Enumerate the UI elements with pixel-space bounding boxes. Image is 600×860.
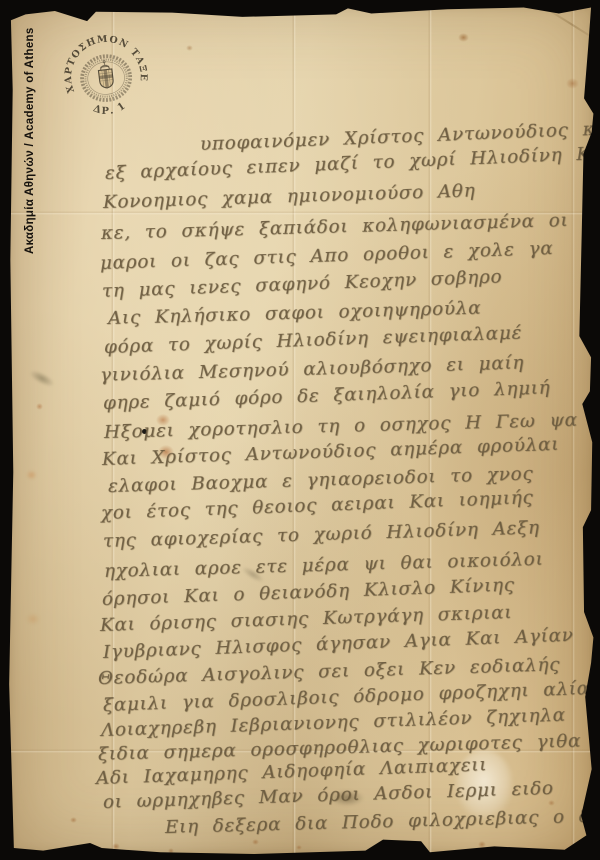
- manuscript-line: κε, το σκήψε ξαπιάδοι κοληφωνιασμένα οι: [101, 211, 569, 244]
- manuscript-paper: ΧΑΡΤΟΣΗΜΟΝ ΤΑΞΕΩΣ ΔΡ. 1 υποφαινόμεν Χρίσ…: [8, 5, 594, 854]
- manuscript-line: της αφιοχερίας το χωριό Ηλιοδίνη Αεξη: [103, 518, 540, 552]
- manuscript: υποφαινόμεν Χρίστος Αντωνούδιος και οδηγ…: [8, 5, 594, 854]
- document-scan: ΧΑΡΤΟΣΗΜΟΝ ΤΑΞΕΩΣ ΔΡ. 1 υποφαινόμεν Χρίσ…: [0, 0, 600, 860]
- manuscript-line: φόρα το χωρίς Ηλιοδίνη εψειηφιαλαμέ: [104, 323, 523, 358]
- manuscript-line: Κονοημιος χαμα ημιονομιούσο Αθη: [103, 181, 476, 213]
- manuscript-line: εξ αρχαίους ειπεν μαζί το χωρί Ηλιοδίνη …: [105, 143, 600, 184]
- manuscript-line: Ειη δεξερα δια Ποδο φιλοχριεβιας ο δει ο…: [165, 804, 600, 838]
- manuscript-line: Αις Κηλήσικο σαφοι οχοιηψηρούλα: [108, 299, 482, 329]
- manuscript-line: τη μας ιενες σαφηνό Κεοχην σοβηρο: [102, 267, 503, 302]
- archive-watermark-label: Ακαδημία Αθηνών / Academy of Athens: [24, 27, 36, 254]
